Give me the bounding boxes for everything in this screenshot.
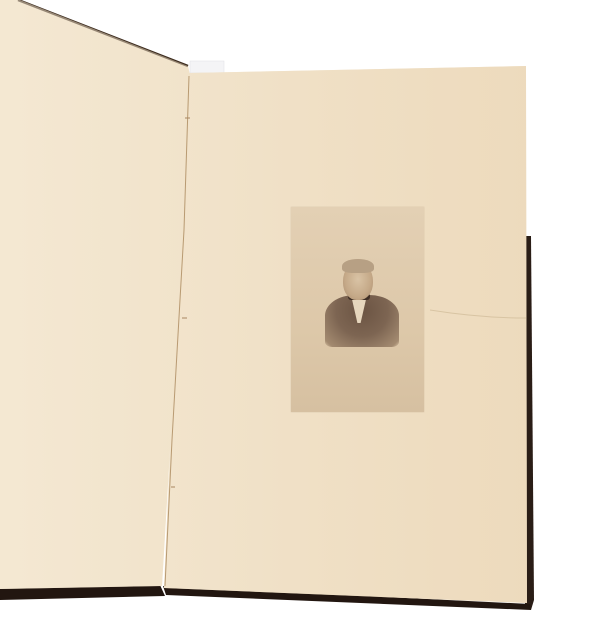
- open-album-scene: Sepia portrait of an older man in dark c…: [0, 0, 595, 632]
- sitter-hair: [342, 259, 374, 273]
- bookmark-tab: [190, 61, 224, 73]
- left-page-shading: [0, 0, 190, 589]
- portrait-photograph: Sepia portrait of an older man in dark c…: [291, 207, 424, 412]
